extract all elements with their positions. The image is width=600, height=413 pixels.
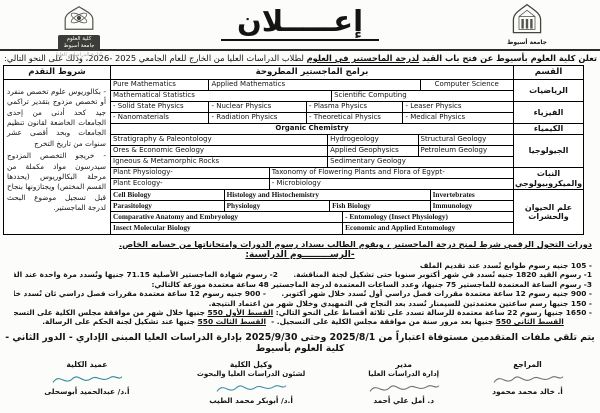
program-cell: Organic Chemistry bbox=[111, 124, 513, 134]
signature-block: المراجعأ. خالد محمد محمود bbox=[467, 360, 588, 406]
conditions-paragraph: - خريجو التخصص المزدوج سيدرسون مواد مكمل… bbox=[7, 151, 106, 213]
fee-segment: - 105 جنيه رسوم طوابع تُسدد عند تقديم ال… bbox=[420, 261, 592, 270]
program-row: Cell BiologyHistology and Histochemistry… bbox=[111, 190, 513, 201]
conditions-column-header: شروط التقدم bbox=[4, 66, 110, 80]
program-cell: Taxonomy of Flowering Plants and Flora o… bbox=[270, 168, 513, 178]
program-row: Comparative Anatomy and Embryology- Ento… bbox=[111, 212, 513, 223]
program-cell: - Radiation Physics bbox=[209, 113, 306, 123]
program-cell: Histology and Histochemistry bbox=[225, 190, 431, 200]
faculty-emblem-icon bbox=[60, 5, 98, 31]
program-cell: Applied Mathematics bbox=[209, 80, 420, 90]
dept-cell: الفيزياء bbox=[514, 102, 583, 124]
fee-segment: القسط الأول 550 bbox=[208, 308, 274, 317]
program-row: ParasitologyPhysiologyFish BiologyImmuno… bbox=[111, 201, 513, 212]
faculty-logo-subcaption: إدارة الدراسات العليا bbox=[52, 52, 106, 58]
conditions-body: - بكالوريوس علوم تخصص منفرد أو تخصص مزدو… bbox=[4, 80, 110, 234]
program-cell: Mathematical Statistics bbox=[111, 91, 332, 101]
program-cell: - Nuclear Physics bbox=[209, 102, 306, 112]
program-cell: Hydrogeology bbox=[328, 135, 418, 145]
dept-cell: الكيمياء bbox=[514, 124, 583, 135]
program-cell: Invertebrates bbox=[431, 190, 513, 200]
dept-cells: الرياضياتالفيزياءالكيمياءالجيولوجياالنبا… bbox=[514, 80, 583, 234]
intro-post: لطلاب الدراسات العليا من الخارج للعام ال… bbox=[4, 53, 307, 63]
document-header: جامعة أسيوط إعـــــلان كلية العلوم جامعة… bbox=[0, 0, 600, 47]
program-cell: Structural Geology bbox=[419, 135, 513, 145]
program-row: Igneous & Metamorphic RocksSedimentary G… bbox=[111, 157, 513, 168]
signature-scribble-icon bbox=[49, 371, 125, 388]
fee-segment: - 150 جنيها رسم ساعتين معتمدتين للسيمنار… bbox=[209, 299, 592, 308]
fee-line: 1- رسوم القيد 1820 جنيه تُسدد في شهر أكت… bbox=[14, 270, 592, 279]
signature-title: المراجع bbox=[467, 360, 588, 370]
program-cell: Stratigraphy & Paleontology bbox=[111, 135, 328, 145]
university-logo-caption: جامعة أسيوط bbox=[500, 39, 554, 46]
fee-line: - 900 جنيه رسوم 12 ساعة معتمدة مقررات فص… bbox=[14, 289, 592, 298]
program-cell: Ores & Economic Geology bbox=[111, 146, 328, 156]
program-cell: Fish Biology bbox=[330, 201, 431, 211]
faculty-logo-line2: جامعة أسيوط bbox=[58, 43, 100, 50]
faculty-logo-line1: كلية العلوم bbox=[58, 36, 100, 43]
signature-scribble-icon bbox=[213, 380, 289, 397]
program-row: Ores & Economic GeologyApplied Geophysic… bbox=[111, 146, 513, 157]
program-cell: - Microbiology bbox=[270, 179, 513, 189]
signature-scribble-icon bbox=[366, 380, 442, 397]
digital-courses-note: دورات التحول الرقمي شرط لمنح درجة الماجس… bbox=[0, 239, 600, 249]
program-row: Insect Molecular BiologyEconomic and App… bbox=[111, 223, 513, 234]
program-cell: - Leaser Physics bbox=[403, 102, 513, 112]
programs-column-header: برامج الماجستير المطروحة bbox=[111, 66, 513, 80]
program-cell: Pure Mathematics bbox=[111, 80, 209, 90]
university-logo: جامعة أسيوط bbox=[500, 3, 554, 46]
program-row: - Solid State Physics- Nuclear Physics- … bbox=[111, 102, 513, 113]
signature-name: أ.د/ أبوبكر محمد الطيب bbox=[162, 396, 341, 406]
fee-line: 3- رسوم الساعة المعتمدة للماجستير 75 جني… bbox=[14, 280, 592, 289]
program-cell: Plant Physiology- bbox=[111, 168, 270, 178]
fee-line: - 150 جنيها رسم ساعتين معتمدتين للسيمنار… bbox=[14, 299, 592, 308]
intro-highlight: لدرجة الماجستير في العلوم bbox=[307, 53, 420, 63]
fee-line: القسط الثاني 550 جنيها بعد مرور سنة من م… bbox=[14, 317, 592, 326]
intro-pre: تعلن كلية العلوم بأسيوط عن فتح باب القيد bbox=[419, 53, 597, 63]
programs-rows: Pure MathematicsApplied MathematicsCompu… bbox=[111, 80, 513, 234]
programs-column: برامج الماجستير المطروحة Pure Mathematic… bbox=[110, 66, 513, 234]
program-row: - Nanomaterials- Radiation Physics- Theo… bbox=[111, 113, 513, 124]
university-emblem-icon bbox=[508, 3, 546, 35]
program-row: Organic Chemistry bbox=[111, 124, 513, 135]
program-cell: - Solid State Physics bbox=[111, 102, 209, 112]
program-cell: Parasitology bbox=[111, 201, 225, 211]
program-cell: Applied Geophysics bbox=[328, 146, 418, 156]
fee-segment: 2- رسوم شهادة الماجستير الأصلية 71.15 جن… bbox=[14, 270, 278, 279]
fee-lines: - 105 جنيه رسوم طوابع تُسدد عند تقديم ال… bbox=[14, 261, 592, 327]
signature-block: مديرإدارة الدراسات العلياد. أمل علي أحمد bbox=[340, 360, 467, 406]
program-cell: Economic and Applied Entomology bbox=[343, 223, 513, 234]
signature-name: أ.د/ عبدالحميد أبوسحلى bbox=[12, 387, 162, 397]
program-cell: - Entomology (Insect Physiology) bbox=[343, 212, 513, 222]
faculty-logo: كلية العلوم جامعة أسيوط إدارة الدراسات ا… bbox=[52, 5, 106, 58]
fee-segment: جنيها بعد مرور سنة من موافقة مجلس الكلية… bbox=[266, 317, 496, 326]
signature-title: وكيل الكلية bbox=[162, 360, 341, 370]
program-cell: - Plasma Physics bbox=[307, 102, 403, 112]
program-cell: Plant Ecology- bbox=[111, 179, 270, 189]
signature-subtitle: لشئون الدراسات العليا والبحوث bbox=[162, 370, 341, 379]
program-row: Pure MathematicsApplied MathematicsCompu… bbox=[111, 80, 513, 91]
dept-cell: علم الحيوان والحشرات bbox=[514, 190, 583, 234]
dept-cell: الرياضيات bbox=[514, 80, 583, 102]
program-cell: Igneous & Metamorphic Rocks bbox=[111, 157, 328, 167]
signature-name: أ. خالد محمد محمود bbox=[467, 387, 588, 397]
announcement-page: جامعة أسيوط إعـــــلان كلية العلوم جامعة… bbox=[0, 0, 600, 413]
signature-subtitle: إدارة الدراسات العليا bbox=[340, 370, 467, 379]
program-cell: - Medical Physics bbox=[403, 113, 513, 123]
fee-segment: القسط الثاني 550 bbox=[496, 317, 564, 326]
fee-segment: 1- رسوم القيد 1820 جنيه تُسدد في شهر أكت… bbox=[278, 270, 592, 279]
program-cell: Sedimentary Geology bbox=[328, 157, 513, 167]
fee-segment: - 900 جنيه رسوم 12 ساعة معتمدة مقررات فص… bbox=[14, 289, 266, 298]
fee-segment: - 1650 جنيها رسوم 22 ساعة معتمدة للرسالة… bbox=[273, 308, 592, 317]
program-cell: - Nanomaterials bbox=[111, 113, 209, 123]
program-cell: Physiology bbox=[225, 201, 331, 211]
signature-title: مدير bbox=[340, 360, 467, 370]
signature-block: عميد الكليةأ.د/ عبدالحميد أبوسحلى bbox=[12, 360, 162, 406]
fee-line: - 1650 جنيها رسوم 22 ساعة معتمدة للرسالة… bbox=[14, 308, 592, 317]
signature-title: عميد الكلية bbox=[12, 360, 162, 370]
dept-cell: النبات والميكروبيولوجي bbox=[514, 168, 583, 190]
signatures-row: المراجعأ. خالد محمد محمودمديرإدارة الدرا… bbox=[0, 360, 600, 406]
program-row: Mathematical StatisticsScientific Comput… bbox=[111, 91, 513, 102]
program-cell: Immunology bbox=[431, 201, 513, 211]
program-cell: Petroleum Geology bbox=[419, 146, 513, 156]
dept-cell: الجيولوجيا bbox=[514, 135, 583, 168]
fee-segment: جنيها خلال شهر من موافقة مجلس الكلية على… bbox=[14, 308, 208, 317]
signature-name: د. أمل علي أحمد bbox=[340, 396, 467, 406]
fee-segment: القسط الثالث 550 bbox=[198, 317, 266, 326]
fee-segment: جنيها عند تشكيل لجنة الحكم على الرسالة. bbox=[42, 317, 197, 326]
program-row: Stratigraphy & PaleontologyHydrogeologyS… bbox=[111, 135, 513, 146]
conditions-paragraph: - بكالوريوس علوم تخصص منفرد أو تخصص مزدو… bbox=[7, 87, 106, 149]
program-row: Plant Physiology-Taxonomy of Flowering P… bbox=[111, 168, 513, 179]
dept-column-header: القسم bbox=[514, 66, 583, 80]
program-cell: Computer Science bbox=[421, 80, 513, 90]
programs-table: القسم الرياضياتالفيزياءالكيمياءالجيولوجي… bbox=[3, 65, 584, 235]
signature-block: وكيل الكليةلشئون الدراسات العليا والبحوث… bbox=[162, 360, 341, 406]
program-cell: Comparative Anatomy and Embryology bbox=[111, 212, 343, 222]
fees-title: -الرســـــــــوم الدراسية: bbox=[0, 250, 600, 260]
dept-column: القسم الرياضياتالفيزياءالكيمياءالجيولوجي… bbox=[513, 66, 583, 234]
fee-segment: - 900 جنيه رسوم 12 ساعة معتمدة مقررات فص… bbox=[266, 289, 592, 298]
fee-segment: 3- رسوم الساعة المعتمدة للماجستير 75 جني… bbox=[151, 280, 592, 289]
program-cell: Scientific Computing bbox=[332, 91, 513, 101]
program-cell: Insect Molecular Biology bbox=[111, 223, 343, 234]
program-row: Plant Ecology-- Microbiology bbox=[111, 179, 513, 190]
fee-line: - 105 جنيه رسوم طوابع تُسدد عند تقديم ال… bbox=[14, 261, 592, 270]
submission-line: يتم تلقي ملفات المتقدمين مستوفاة اعتبارا… bbox=[0, 332, 600, 354]
signature-scribble-icon bbox=[490, 371, 566, 388]
program-cell: Cell Biology bbox=[111, 190, 225, 200]
faculty-logo-band: كلية العلوم جامعة أسيوط bbox=[58, 35, 100, 51]
program-cell: - Theoretical Physics bbox=[307, 113, 403, 123]
fees-section: - 105 جنيه رسوم طوابع تُسدد عند تقديم ال… bbox=[0, 260, 600, 327]
conditions-column: شروط التقدم - بكالوريوس علوم تخصص منفرد … bbox=[4, 66, 110, 234]
